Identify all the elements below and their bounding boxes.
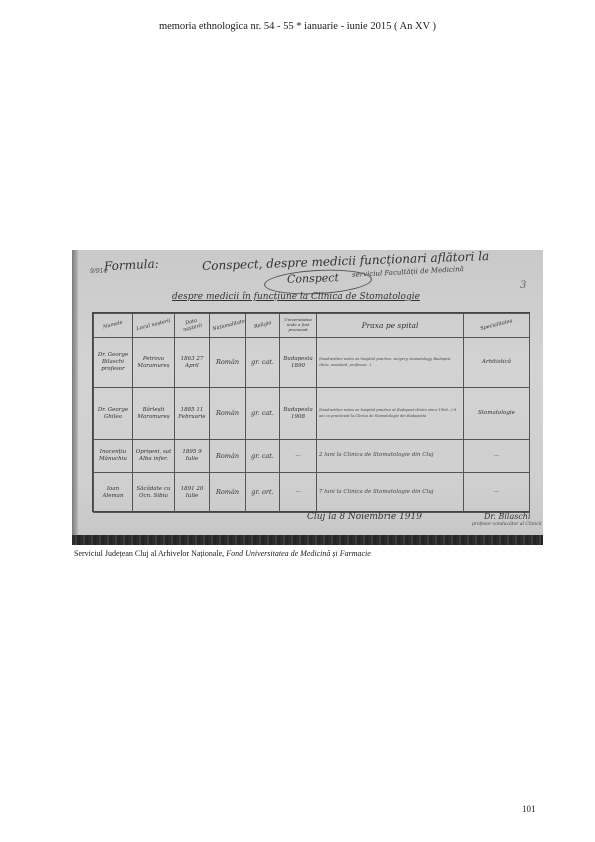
cell-specialty: Arhitistică [464,338,530,388]
cell-nationality: Român [210,388,246,440]
photo-bottom-edge [72,535,543,545]
cell-religion: gr. cat. [246,388,280,440]
table-row: Inocențiu Mănuchiu Oprișeni, sat Alba in… [94,440,530,473]
cell-university: Budapesta 1890 [280,338,317,388]
cell-birthplace: Oprișeni, sat Alba infer. [133,440,175,473]
table-row: Dr. George Bilaschi profesor Petrova Mar… [94,338,530,388]
cell-name: Dr. George Bilaschi profesor [94,338,133,388]
document-subtitle-line: despre medicii în funcțiune la Clinica d… [172,292,420,302]
column-header: Numele [94,314,133,338]
signature: Dr. Bilaschi [484,512,531,521]
cell-specialty: — [464,473,530,513]
ledger-table: Numele Locul nașterii Data nașterii Nați… [92,312,530,512]
cell-religion: gr. cat. [246,338,280,388]
cell-nationality: Român [210,473,246,513]
column-header: Locul nașterii [133,314,175,338]
cell-birthplace: Bârlești Maramureș [133,388,175,440]
cell-practice: 2 luni la Clinica de Stomatologie din Cl… [317,440,464,473]
cell-name: Dr. George Ghilea [94,388,133,440]
cell-birthplace: Petrova Maramureș [133,338,175,388]
cell-practice: (handwritten notes on hospital practice … [317,388,464,440]
column-header: Data nașterii [175,314,210,338]
cell-university: — [280,473,317,513]
document-subtitle: Conspect [287,271,339,286]
cell-nationality: Român [210,338,246,388]
cell-name: Ioan Aleman [94,473,133,513]
cell-birthplace: Săcădate cu Ocn. Sibiu [133,473,175,513]
archival-document-photo: 9/914 Formula: Conspect, despre medicii … [72,250,543,545]
cell-specialty: Stomatologie [464,388,530,440]
cell-name: Inocențiu Mănuchiu [94,440,133,473]
cell-practice: 7 luni la Clinica de Stomatologie din Cl… [317,473,464,513]
column-header: Religia [246,314,280,338]
table-row: Ioan Aleman Săcădate cu Ocn. Sibiu 1891 … [94,473,530,513]
caption-source: Serviciul Județean Cluj al Arhivelor Naț… [74,549,226,558]
column-header: Naționalitatea [210,314,246,338]
column-header: Specialitatea [464,314,530,338]
column-header: Universitatea unde a fost promovat [280,314,317,338]
page-number: 101 [522,804,536,814]
cell-university: — [280,440,317,473]
cell-birthdate: 1863 27 April [175,338,210,388]
place-date: Cluj la 8 Noiembrie 1919 [307,512,422,522]
cell-specialty: — [464,440,530,473]
table-header-row: Numele Locul nașterii Data nașterii Nați… [94,314,530,338]
cell-birthdate: 1885 11 Februarie [175,388,210,440]
page-mark: 3 [520,280,526,291]
cell-birthdate: 1891 20 Iulie [175,473,210,513]
signature-title: profesor conducător al Clinicii Stomatol… [472,522,543,527]
heading-prefix: Formula: [104,257,159,274]
cell-religion: gr. ort. [246,473,280,513]
cell-nationality: Român [210,440,246,473]
column-header: Praxa pe spital [317,314,464,338]
cell-university: Budapesta 1908 [280,388,317,440]
figure-caption: Serviciul Județean Cluj al Arhivelor Naț… [74,549,371,558]
running-header: memoria ethnologica nr. 54 - 55 * ianuar… [0,21,595,32]
cell-religion: gr. cat. [246,440,280,473]
caption-fond: Fond Universitatea de Medicină și Farmac… [226,549,371,558]
cell-birthdate: 1895 9 Iulie [175,440,210,473]
cell-practice: (handwritten notes on hospital practice:… [317,338,464,388]
table-row: Dr. George Ghilea Bârlești Maramureș 188… [94,388,530,440]
